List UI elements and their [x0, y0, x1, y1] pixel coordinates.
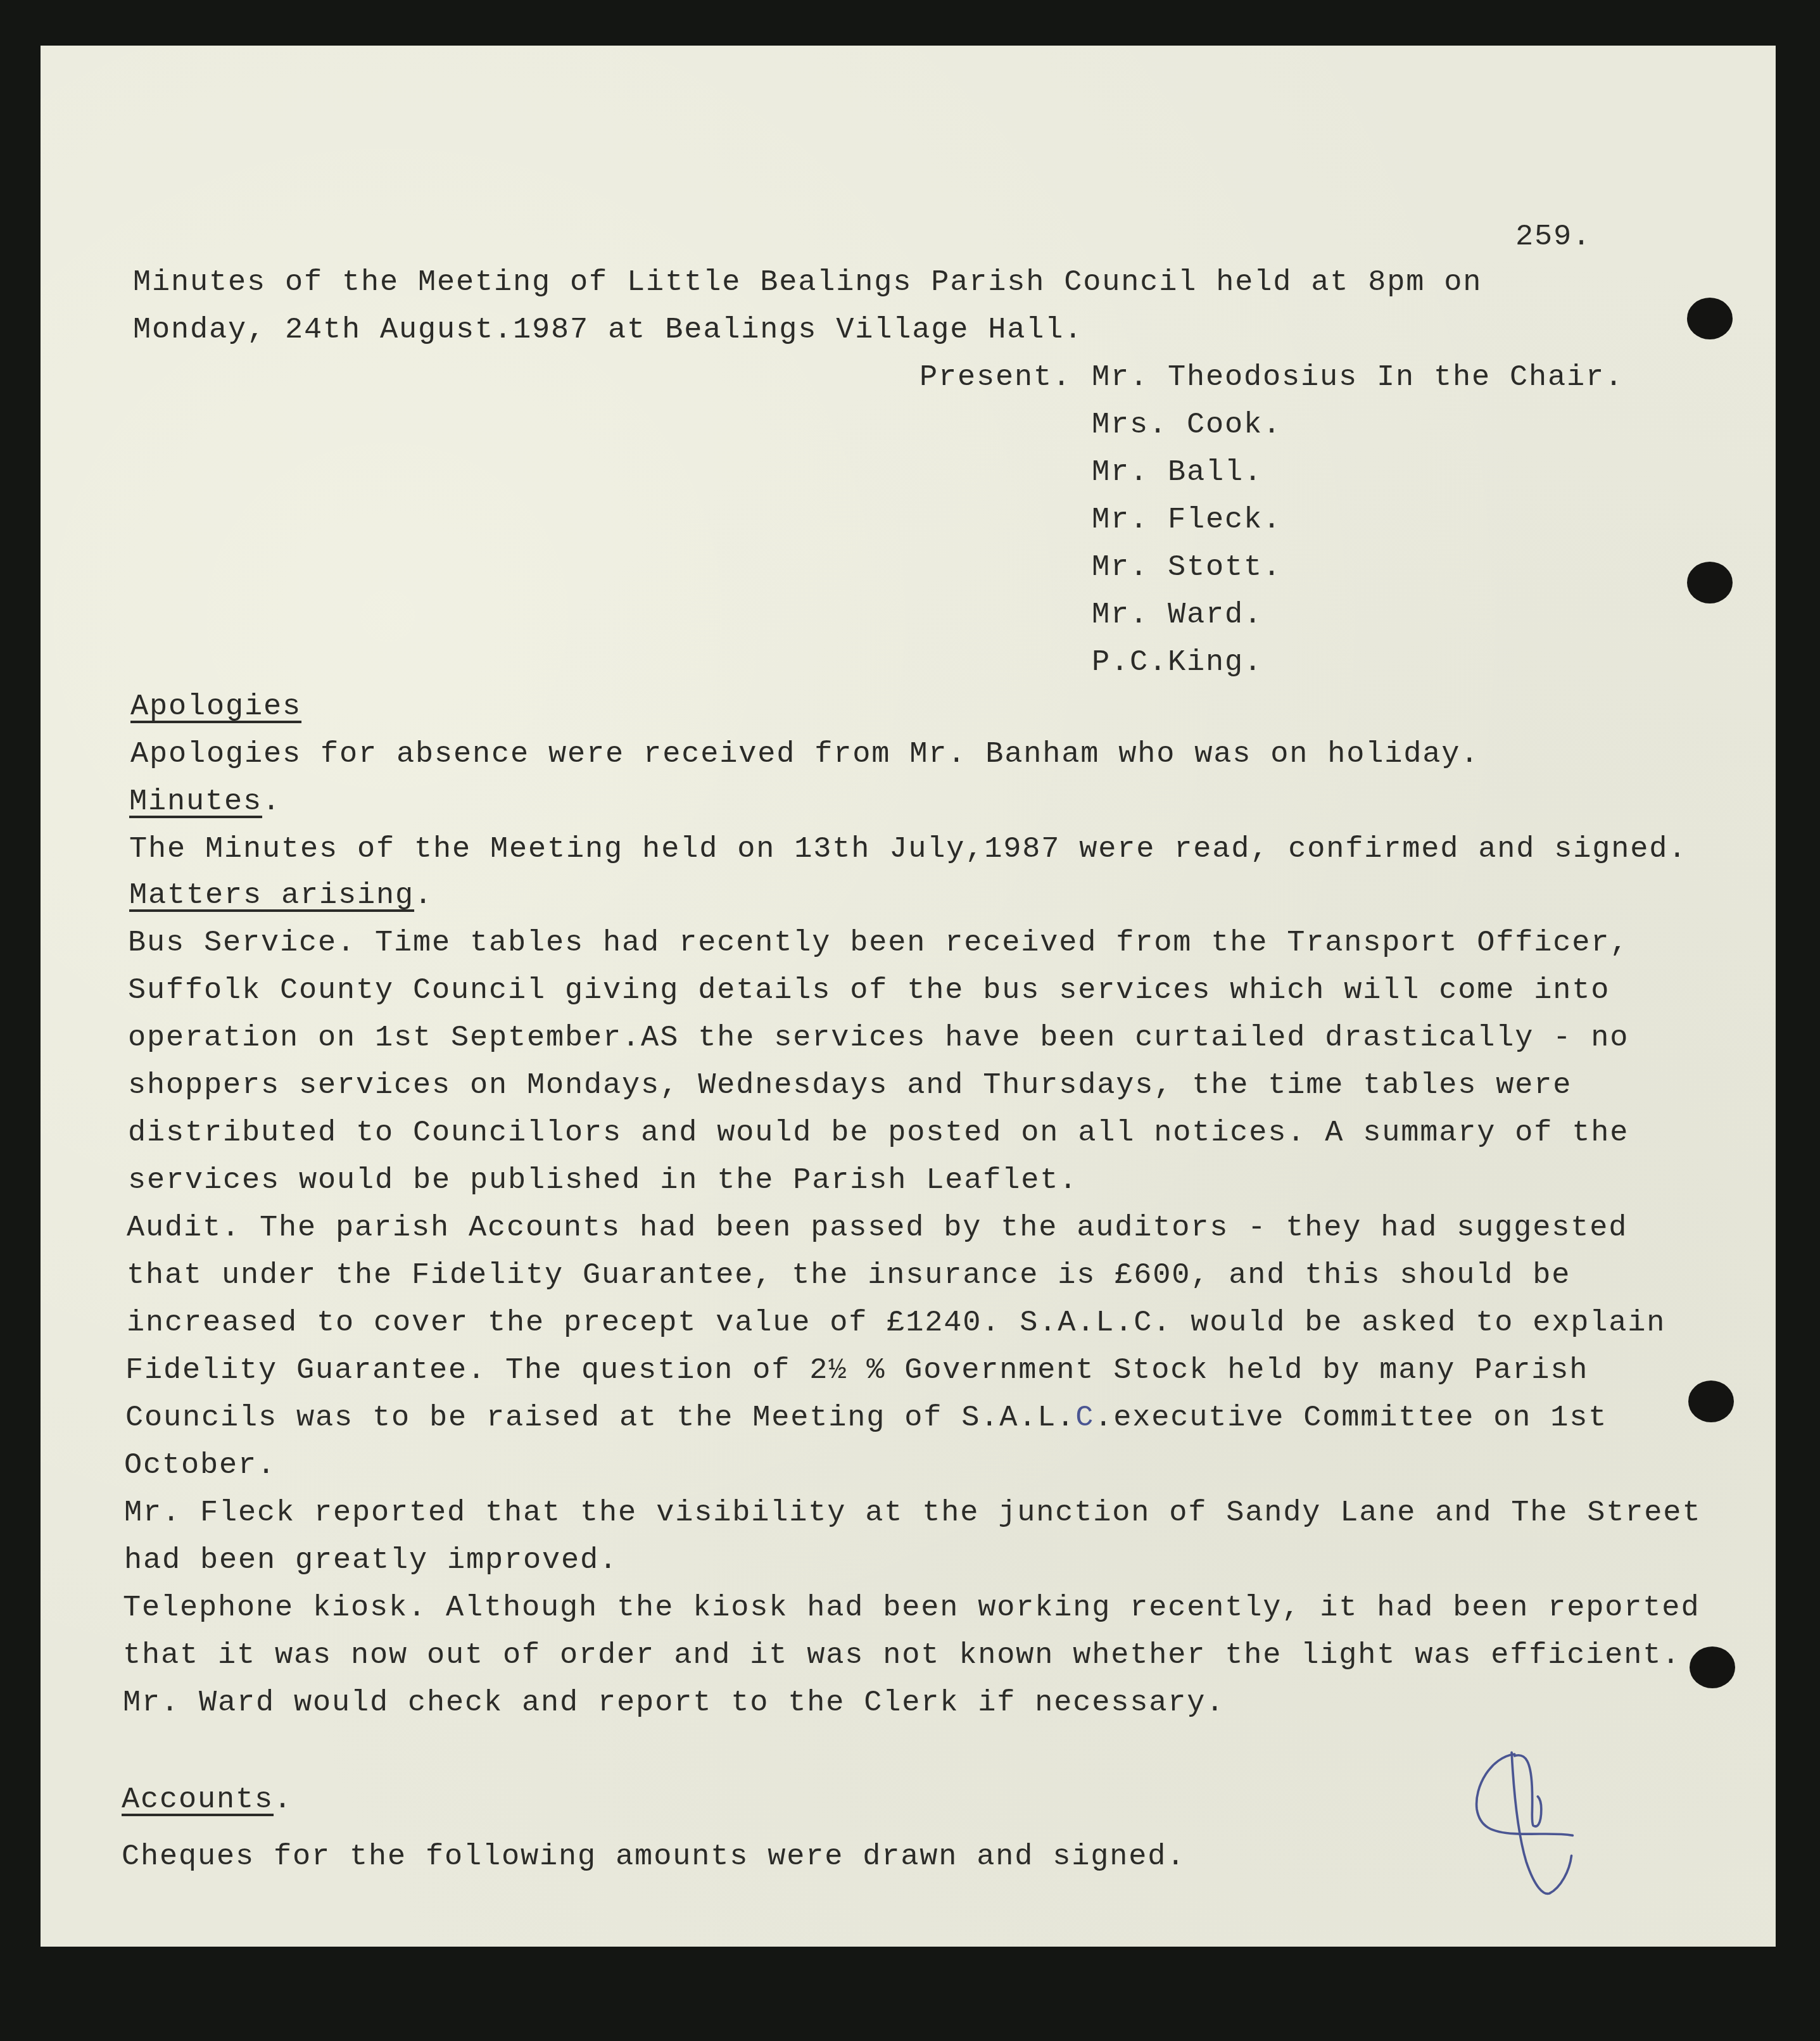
audit-line: Fidelity Guarantee. The question of 2½ %… [125, 1355, 1588, 1387]
present-label: Present. [919, 362, 1071, 394]
page-number: 259. [1515, 222, 1591, 253]
telephone-kiosk-line: that it was now out of order and it was … [123, 1640, 1681, 1672]
punch-hole-4 [1690, 1646, 1735, 1688]
audit-line: that under the Fidelity Guarantee, the i… [127, 1260, 1570, 1292]
meeting-heading-line-1: Minutes of the Meeting of Little Bealing… [133, 267, 1482, 299]
meeting-heading-line-2: Monday, 24th August.1987 at Bealings Vil… [133, 315, 1083, 346]
audit-line: October. [124, 1450, 276, 1482]
present-member: Mr. Fleck. [1092, 505, 1282, 536]
bus-service-line: services would be published in the Paris… [128, 1165, 1078, 1197]
punch-hole-1 [1687, 298, 1733, 339]
minutes-title-text: Minutes [129, 785, 262, 819]
telephone-kiosk-line: Mr. Ward would check and report to the C… [123, 1688, 1225, 1719]
accounts-title-suffix: . [274, 1783, 293, 1817]
present-member: Mr. Stott. [1092, 552, 1282, 584]
bus-service-line: Suffolk County Council giving details of… [128, 975, 1610, 1007]
punch-hole-2 [1687, 562, 1733, 603]
accounts-title-text: Accounts [122, 1783, 274, 1817]
bus-service-line: Bus Service. Time tables had recently be… [128, 928, 1629, 959]
audit-line-text: Councils was to be raised at the Meeting… [125, 1401, 1075, 1435]
present-member: Mr. Theodosius In the Chair. [1092, 362, 1624, 394]
apologies-text: Apologies for absence were received from… [130, 739, 1479, 771]
matters-arising-title-text: Matters arising [129, 879, 414, 913]
audit-line-text: .executive Committee on 1st [1094, 1401, 1607, 1435]
bus-service-line: shoppers services on Mondays, Wednesdays… [128, 1070, 1572, 1102]
bus-service-line: distributed to Councillors and would be … [128, 1118, 1629, 1149]
section-title-apologies: Apologies [130, 692, 301, 723]
present-member: P.C.King. [1092, 647, 1263, 679]
accounts-text: Cheques for the following amounts were d… [122, 1842, 1185, 1873]
bus-service-line: operation on 1st September.AS the servic… [128, 1023, 1629, 1054]
minutes-text: The Minutes of the Meeting held on 13th … [129, 834, 1687, 866]
signature-initials-icon [1457, 1738, 1596, 1909]
matters-arising-title-suffix: . [414, 879, 433, 913]
audit-line: Councils was to be raised at the Meeting… [125, 1403, 1607, 1434]
present-member: Mr. Ball. [1092, 457, 1263, 489]
present-member: Mr. Ward. [1092, 600, 1263, 631]
visibility-line: had been greatly improved. [124, 1545, 618, 1577]
minutes-title-suffix: . [262, 785, 281, 819]
present-member: Mrs. Cook. [1092, 410, 1282, 441]
audit-line: Audit. The parish Accounts had been pass… [127, 1213, 1627, 1244]
section-title-accounts: Accounts. [122, 1785, 293, 1816]
punch-hole-3 [1688, 1381, 1734, 1422]
telephone-kiosk-line: Telephone kiosk. Although the kiosk had … [123, 1593, 1700, 1624]
audit-line: increased to cover the precept value of … [127, 1308, 1665, 1339]
section-title-matters-arising: Matters arising. [129, 880, 433, 912]
handwritten-correction: C [1075, 1401, 1094, 1435]
visibility-line: Mr. Fleck reported that the visibility a… [124, 1498, 1701, 1529]
section-title-minutes: Minutes. [129, 787, 281, 818]
